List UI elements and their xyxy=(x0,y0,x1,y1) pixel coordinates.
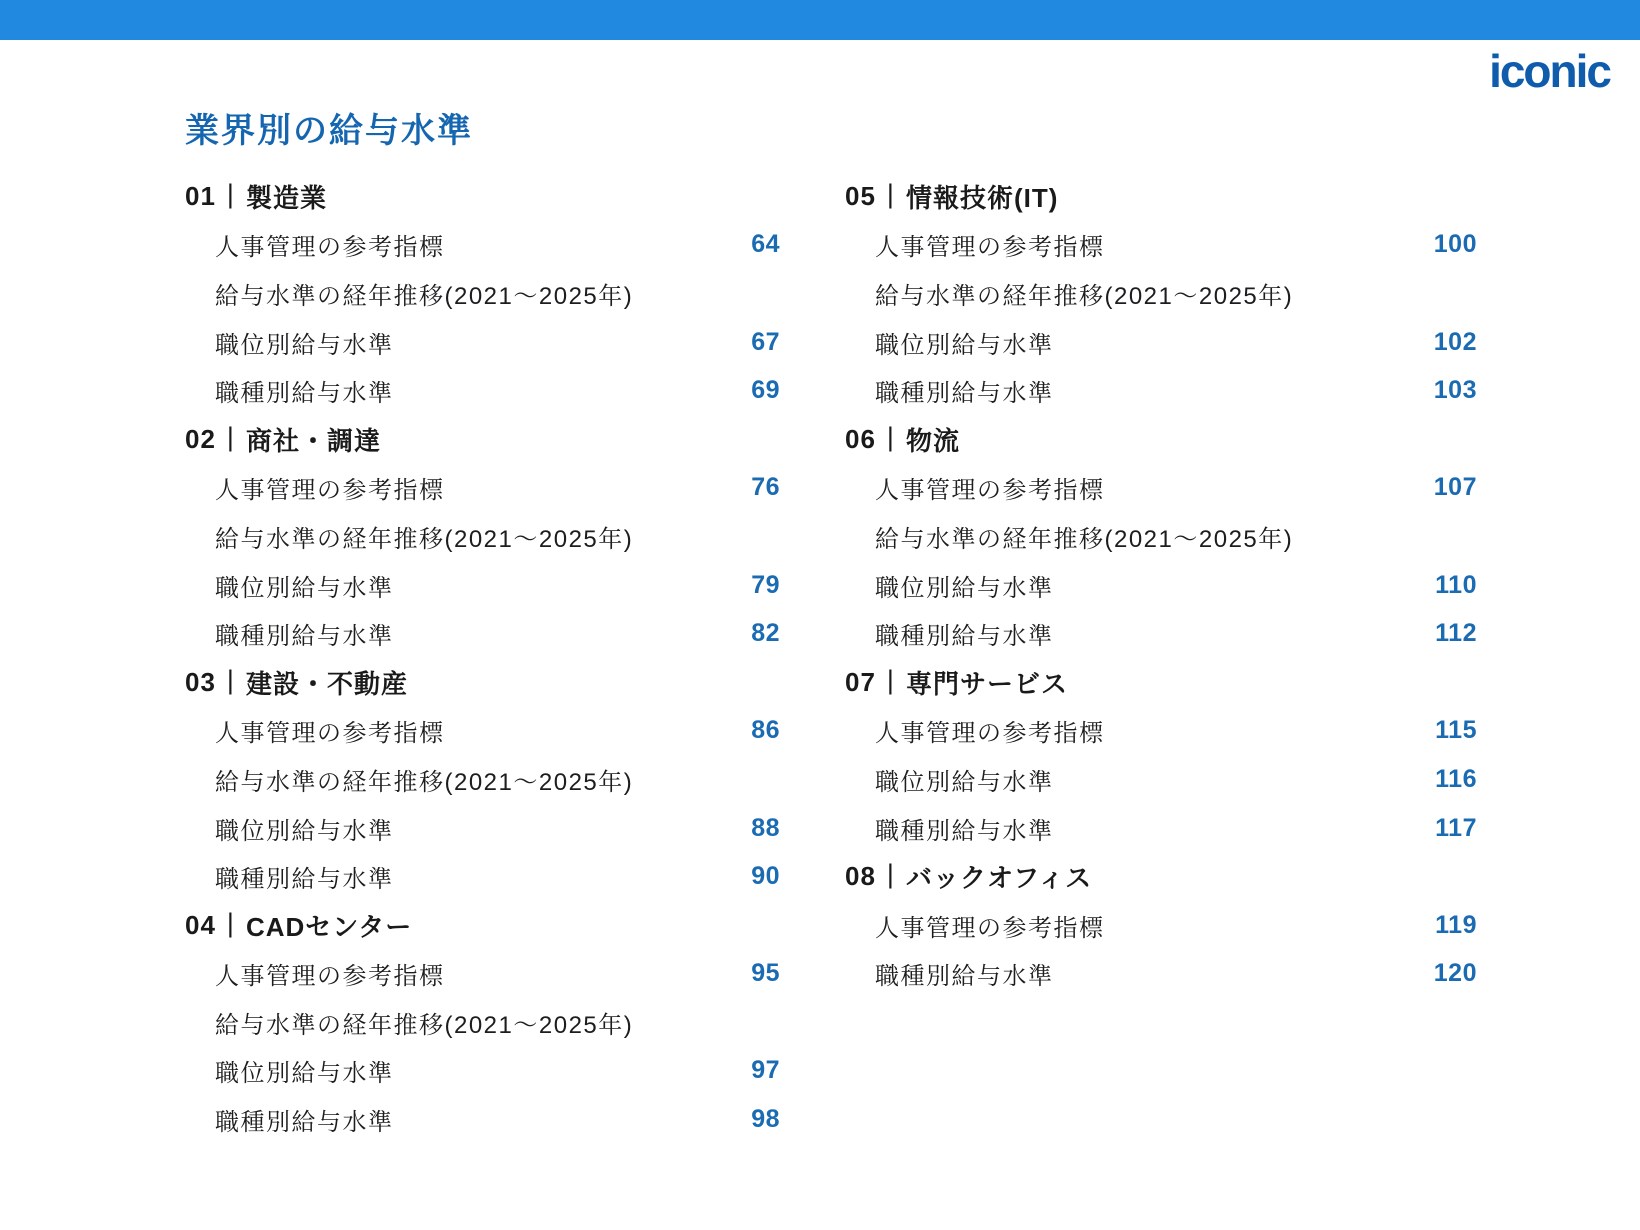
section-heading: 02|商社・調達 xyxy=(185,415,780,464)
section-heading: 03|建設・不動産 xyxy=(185,658,780,707)
entry-page-number: 116 xyxy=(1435,765,1477,794)
entry-label: 職種別給与水準 xyxy=(215,1102,394,1137)
entry-label: 職種別給与水準 xyxy=(215,373,394,408)
section-title: CADセンター xyxy=(246,907,412,944)
entry-label: 職種別給与水準 xyxy=(875,811,1054,846)
section-title: バックオフィス xyxy=(906,858,1092,895)
entry-label: 職種別給与水準 xyxy=(875,616,1054,651)
section-heading: 06|物流 xyxy=(845,415,1477,464)
toc-entry[interactable]: 職種別給与水準103 xyxy=(845,366,1477,415)
toc-entry[interactable]: 給与水準の経年推移(2021〜2025年) xyxy=(185,512,780,561)
toc-entry[interactable]: 給与水準の経年推移(2021〜2025年) xyxy=(185,755,780,804)
entry-label: 給与水準の経年推移(2021〜2025年) xyxy=(215,1005,633,1040)
top-accent-bar xyxy=(0,0,1640,40)
entry-label: 給与水準の経年推移(2021〜2025年) xyxy=(875,519,1293,554)
toc-entry[interactable]: 職位別給与水準97 xyxy=(185,1047,780,1096)
toc-entry[interactable]: 給与水準の経年推移(2021〜2025年) xyxy=(845,269,1477,318)
toc-entry[interactable]: 職位別給与水準116 xyxy=(845,755,1477,804)
entry-page-number: 90 xyxy=(751,862,780,891)
toc-entry[interactable]: 職位別給与水準67 xyxy=(185,318,780,367)
section-separator: | xyxy=(887,179,895,210)
section-number: 06 xyxy=(845,424,876,455)
section-number: 07 xyxy=(845,667,876,698)
section-heading: 08|バックオフィス xyxy=(845,852,1477,901)
section-heading: 01|製造業 xyxy=(185,172,780,221)
toc-entry[interactable]: 職位別給与水準102 xyxy=(845,318,1477,367)
toc-entry[interactable]: 人事管理の参考指標107 xyxy=(845,464,1477,513)
section-separator: | xyxy=(887,422,895,453)
toc-entry[interactable]: 人事管理の参考指標86 xyxy=(185,707,780,756)
toc-entry[interactable]: 給与水準の経年推移(2021〜2025年) xyxy=(185,269,780,318)
entry-label: 職種別給与水準 xyxy=(875,956,1054,991)
entry-label: 職位別給与水準 xyxy=(215,325,394,360)
entry-label: 職種別給与水準 xyxy=(215,616,394,651)
entry-label: 給与水準の経年推移(2021〜2025年) xyxy=(215,762,633,797)
entry-label: 人事管理の参考指標 xyxy=(215,956,445,991)
toc-entry[interactable]: 人事管理の参考指標76 xyxy=(185,464,780,513)
section-number: 03 xyxy=(185,667,216,698)
entry-label: 職位別給与水準 xyxy=(875,568,1054,603)
toc-entry[interactable]: 職種別給与水準112 xyxy=(845,609,1477,658)
entry-page-number: 115 xyxy=(1435,716,1477,745)
entry-page-number: 102 xyxy=(1434,328,1477,357)
page-title: 業界別の給与水準 xyxy=(185,108,473,156)
section-heading: 04|CADセンター xyxy=(185,901,780,950)
entry-page-number: 64 xyxy=(751,230,780,259)
toc-entry[interactable]: 人事管理の参考指標95 xyxy=(185,950,780,999)
toc-entry[interactable]: 職種別給与水準98 xyxy=(185,1095,780,1144)
section-separator: | xyxy=(227,422,235,453)
entry-page-number: 103 xyxy=(1434,376,1477,405)
toc-entry[interactable]: 人事管理の参考指標64 xyxy=(185,221,780,270)
toc-entry[interactable]: 職種別給与水準82 xyxy=(185,609,780,658)
entry-label: 人事管理の参考指標 xyxy=(215,713,445,748)
toc-column: 01|製造業人事管理の参考指標64給与水準の経年推移(2021〜2025年)職位… xyxy=(185,172,780,1144)
entry-page-number: 119 xyxy=(1435,911,1477,940)
entry-label: 職位別給与水準 xyxy=(215,811,394,846)
entry-page-number: 97 xyxy=(751,1056,780,1085)
entry-page-number: 112 xyxy=(1435,619,1477,648)
entry-label: 職位別給与水準 xyxy=(215,1053,394,1088)
entry-label: 人事管理の参考指標 xyxy=(215,470,445,505)
entry-label: 給与水準の経年推移(2021〜2025年) xyxy=(875,276,1293,311)
toc: 01|製造業人事管理の参考指標64給与水準の経年推移(2021〜2025年)職位… xyxy=(185,172,1477,1144)
section-number: 08 xyxy=(845,861,876,892)
section-separator: | xyxy=(227,665,235,696)
toc-entry[interactable]: 人事管理の参考指標115 xyxy=(845,707,1477,756)
brand-logo: iconic xyxy=(1489,48,1610,94)
section-number: 02 xyxy=(185,424,216,455)
toc-entry[interactable]: 給与水準の経年推移(2021〜2025年) xyxy=(845,512,1477,561)
section-title: 建設・不動産 xyxy=(246,664,408,701)
entry-page-number: 120 xyxy=(1434,959,1477,988)
toc-entry[interactable]: 職種別給与水準90 xyxy=(185,852,780,901)
entry-page-number: 107 xyxy=(1434,473,1477,502)
section-separator: | xyxy=(887,859,895,890)
section-title: 専門サービス xyxy=(906,664,1068,701)
section-title: 製造業 xyxy=(246,178,327,215)
toc-entry[interactable]: 職位別給与水準110 xyxy=(845,561,1477,610)
entry-page-number: 95 xyxy=(751,959,780,988)
section-separator: | xyxy=(227,908,235,939)
section-title: 情報技術(IT) xyxy=(906,178,1058,215)
entry-label: 人事管理の参考指標 xyxy=(875,713,1105,748)
section-heading: 05|情報技術(IT) xyxy=(845,172,1477,221)
entry-page-number: 69 xyxy=(751,376,780,405)
entry-page-number: 86 xyxy=(751,716,780,745)
entry-page-number: 67 xyxy=(751,328,780,357)
entry-page-number: 100 xyxy=(1434,230,1477,259)
toc-entry[interactable]: 職種別給与水準117 xyxy=(845,804,1477,853)
entry-label: 職位別給与水準 xyxy=(215,568,394,603)
entry-page-number: 110 xyxy=(1435,571,1477,600)
toc-entry[interactable]: 給与水準の経年推移(2021〜2025年) xyxy=(185,998,780,1047)
toc-entry[interactable]: 職種別給与水準120 xyxy=(845,950,1477,999)
entry-label: 人事管理の参考指標 xyxy=(215,227,445,262)
section-title: 商社・調達 xyxy=(246,421,381,458)
entry-page-number: 98 xyxy=(751,1105,780,1134)
entry-page-number: 79 xyxy=(751,571,780,600)
section-separator: | xyxy=(887,665,895,696)
section-number: 04 xyxy=(185,910,216,941)
toc-entry[interactable]: 人事管理の参考指標119 xyxy=(845,901,1477,950)
entry-page-number: 117 xyxy=(1435,814,1477,843)
entry-label: 人事管理の参考指標 xyxy=(875,470,1105,505)
entry-page-number: 88 xyxy=(751,814,780,843)
entry-label: 給与水準の経年推移(2021〜2025年) xyxy=(215,276,633,311)
toc-entry[interactable]: 職位別給与水準88 xyxy=(185,804,780,853)
entry-label: 職位別給与水準 xyxy=(875,762,1054,797)
entry-label: 職種別給与水準 xyxy=(875,373,1054,408)
section-separator: | xyxy=(227,179,235,210)
toc-column: 05|情報技術(IT)人事管理の参考指標100給与水準の経年推移(2021〜20… xyxy=(845,172,1477,1144)
toc-entry[interactable]: 職種別給与水準69 xyxy=(185,366,780,415)
entry-label: 職種別給与水準 xyxy=(215,859,394,894)
entry-label: 人事管理の参考指標 xyxy=(875,227,1105,262)
entry-page-number: 82 xyxy=(751,619,780,648)
section-heading: 07|専門サービス xyxy=(845,658,1477,707)
entry-label: 給与水準の経年推移(2021〜2025年) xyxy=(215,519,633,554)
entry-page-number: 76 xyxy=(751,473,780,502)
entry-label: 職位別給与水準 xyxy=(875,325,1054,360)
section-number: 05 xyxy=(845,181,876,212)
entry-label: 人事管理の参考指標 xyxy=(875,908,1105,943)
toc-entry[interactable]: 人事管理の参考指標100 xyxy=(845,221,1477,270)
section-title: 物流 xyxy=(906,421,960,458)
section-number: 01 xyxy=(185,181,216,212)
toc-entry[interactable]: 職位別給与水準79 xyxy=(185,561,780,610)
